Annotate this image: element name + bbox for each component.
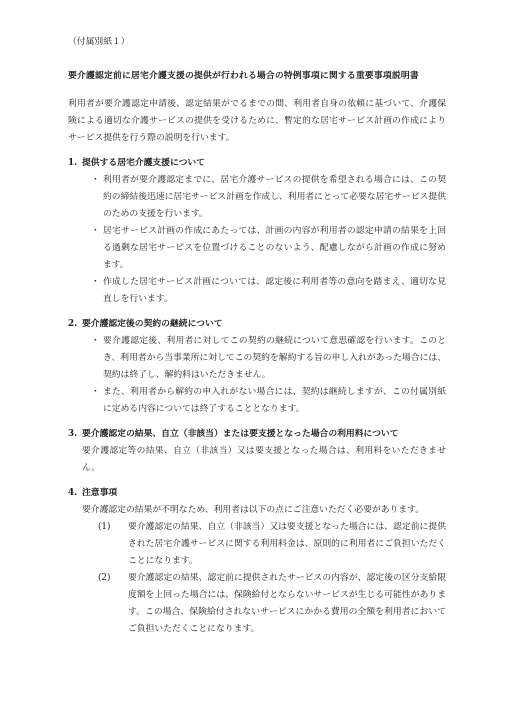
section-3: 3. 要介護認定の結果、自立（非該当）または要支援となった場合の利用料について … [68,426,446,477]
bullet-text: また、利用者から解約の申入れがない場合には、契約は継続しますが、この付属別紙に定… [103,384,446,418]
section-1-heading: 1. 提供する居宅介護支援について [68,155,446,172]
section-1-number: 1. [68,155,82,172]
bullet-text: 要介護認定後、利用者に対してこの契約の継続について意思確認を行います。このとき、… [103,333,446,384]
section-4-heading: 4. 注意事項 [68,485,446,502]
section-4-title: 注意事項 [82,485,446,502]
numbered-item-marker: (2) [98,570,128,638]
section-3-body: 要介護認定等の結果、自立（非該当）又は要支援となった場合は、利用料をいただきませ… [82,443,446,477]
bullet-marker: ・ [91,384,103,418]
attachment-label: （付属別紙１） [68,34,446,51]
bullet-marker: ・ [91,223,103,274]
section-2: 2. 要介護認定後の契約の継続について ・ 要介護認定後、利用者に対してこの契約… [68,316,446,418]
section-4-body: 要介護認定の結果が不明なため、利用者は以下の点にご注意いただく必要があります。 [82,502,446,519]
intro-paragraph: 利用者が要介護認定申請後、認定結果がでるまでの間、利用者自身の依頼に基づいて、介… [68,96,446,147]
section-2-number: 2. [68,316,82,333]
bullet-text: 居宅サービス計画の作成にあたっては、計画の内容が利用者の認定申請の結果を上回る過… [103,223,446,274]
numbered-item-text: 要介護認定の結果、自立（非該当）又は要支援となった場合には、認定前に提供された居… [128,519,446,570]
numbered-item-text: 要介護認定の結果、認定前に提供されたサービスの内容が、認定後の区分支給限度額を上… [128,570,446,638]
document-title: 要介護認定前に居宅介護支援の提供が行われる場合の特例事項に関する重要事項説明書 [68,68,446,85]
document-page: （付属別紙１） 要介護認定前に居宅介護支援の提供が行われる場合の特例事項に関する… [0,0,509,720]
bullet-marker: ・ [91,172,103,223]
section-2-title: 要介護認定後の契約の継続について [82,316,446,333]
bullet-item: ・ 利用者が要介護認定までに、居宅介護サービスの提供を希望される場合には、この契… [68,172,446,223]
bullet-marker: ・ [91,333,103,384]
numbered-item-marker: (1) [98,519,128,570]
section-4-number: 4. [68,485,82,502]
section-3-number: 3. [68,426,82,443]
section-1-title: 提供する居宅介護支援について [82,155,446,172]
bullet-item: ・ 要介護認定後、利用者に対してこの契約の継続について意思確認を行います。このと… [68,333,446,384]
numbered-item: (2) 要介護認定の結果、認定前に提供されたサービスの内容が、認定後の区分支給限… [68,570,446,638]
numbered-item: (1) 要介護認定の結果、自立（非該当）又は要支援となった場合には、認定前に提供… [68,519,446,570]
section-3-heading: 3. 要介護認定の結果、自立（非該当）または要支援となった場合の利用料について [68,426,446,443]
section-1: 1. 提供する居宅介護支援について ・ 利用者が要介護認定までに、居宅介護サービ… [68,155,446,308]
bullet-item: ・ また、利用者から解約の申入れがない場合には、契約は継続しますが、この付属別紙… [68,384,446,418]
bullet-item: ・ 居宅サービス計画の作成にあたっては、計画の内容が利用者の認定申請の結果を上回… [68,223,446,274]
bullet-item: ・ 作成した居宅サービス計画については、認定後に利用者等の意向を踏まえ、適切な見… [68,274,446,308]
section-2-heading: 2. 要介護認定後の契約の継続について [68,316,446,333]
section-3-title: 要介護認定の結果、自立（非該当）または要支援となった場合の利用料について [82,426,446,443]
bullet-text: 作成した居宅サービス計画については、認定後に利用者等の意向を踏まえ、適切な見直し… [103,274,446,308]
bullet-marker: ・ [91,274,103,308]
section-4: 4. 注意事項 要介護認定の結果が不明なため、利用者は以下の点にご注意いただく必… [68,485,446,638]
bullet-text: 利用者が要介護認定までに、居宅介護サービスの提供を希望される場合には、この契約の… [103,172,446,223]
